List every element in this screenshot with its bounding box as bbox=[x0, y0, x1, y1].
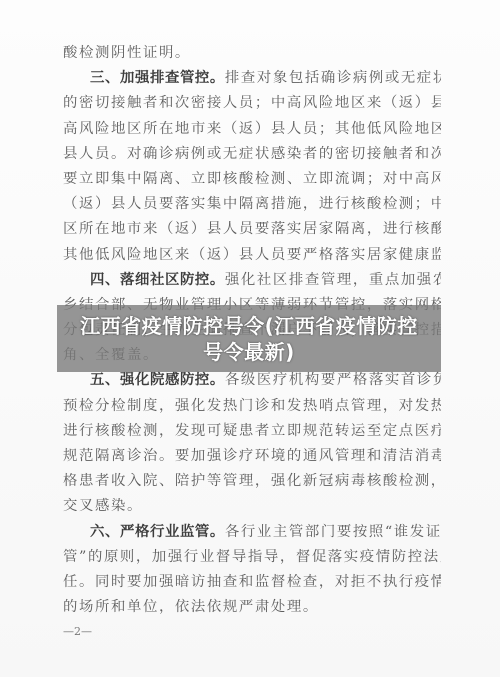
line-text: 酸检测阴性证明。 bbox=[63, 45, 191, 61]
line-text: （返）县人员要落实集中隔离措施，进行核酸检测；中高风险地 bbox=[63, 196, 441, 212]
line-text: 要立即集中隔离、立即核酸检测、立即流调；对中高风险地区来 bbox=[63, 171, 441, 187]
paragraph-line: 进行核酸检测，发现可疑患者立即规范转运至定点医疗机构筛查， bbox=[63, 419, 441, 444]
line-text: 交叉感染。 bbox=[63, 498, 143, 514]
paragraph-line: 任。同时要加强暗访抽查和监督检查，对拒不执行疫情防控规定 bbox=[63, 570, 441, 595]
line-text: 管”的原则，加强行业督导指导，督促落实疫情防控法人主体责 bbox=[63, 549, 441, 565]
line-text: 排查对象包括确诊病例或无症状感染者 bbox=[225, 70, 441, 86]
paragraph-line: 其他低风险地区来（返）县人员要严格落实居家健康监测。 bbox=[63, 243, 441, 268]
line-text: 区所在地市来（返）县人员要落实居家隔离，进行核酸检测；对 bbox=[63, 221, 441, 237]
paragraph-line: 规范隔离诊治。要加强诊疗环境的通风管理和清洁消毒处置，严 bbox=[63, 444, 441, 469]
paragraph-line: 要立即集中隔离、立即核酸检测、立即流调；对中高风险地区来 bbox=[63, 167, 441, 192]
section-heading: 六、严格行业监管。 bbox=[90, 524, 225, 540]
banner-title-line1: 江西省疫情防控号令(江西省疫情防控 bbox=[69, 313, 429, 339]
line-text: 各级医疗机构要严格落实首诊负责制和 bbox=[225, 372, 441, 388]
paragraph-line: 区所在地市来（返）县人员要落实居家隔离，进行核酸检测；对 bbox=[63, 217, 441, 242]
paragraph-line: 高风险地区所在地市来（返）县人员；其他低风险地区来（返） bbox=[63, 117, 441, 142]
paragraph-line: 管”的原则，加强行业督导指导，督促落实疫情防控法人主体责 bbox=[63, 545, 441, 570]
section-heading: 三、加强排查管控。 bbox=[90, 70, 225, 86]
line-text: 的场所和单位，依法依规严肃处理。 bbox=[63, 599, 319, 615]
section-heading: 四、落细社区防控。 bbox=[90, 272, 225, 288]
paragraph-line: 县人员。对确诊病例或无症状感染者的密切接触者和次密接人员， bbox=[63, 142, 441, 167]
paragraph-line: （返）县人员要落实集中隔离措施，进行核酸检测；中高风险地 bbox=[63, 192, 441, 217]
paragraph-line: 的场所和单位，依法依规严肃处理。 bbox=[63, 595, 441, 620]
line-text: 进行核酸检测，发现可疑患者立即规范转运至定点医疗机构筛查， bbox=[63, 423, 441, 439]
section-heading-line: 五、强化院感防控。各级医疗机构要严格落实首诊负责制和 bbox=[63, 368, 441, 393]
line-text: 县人员。对确诊病例或无症状感染者的密切接触者和次密接人员， bbox=[63, 146, 441, 162]
line-text: 格患者收入院、陪护等管理，强化新冠病毒核酸检测，坚决杜绝 bbox=[63, 473, 441, 489]
line-text: 其他低风险地区来（返）县人员要严格落实居家健康监测。 bbox=[63, 247, 441, 263]
title-banner: 江西省疫情防控号令(江西省疫情防控 号令最新) bbox=[57, 305, 441, 372]
page-number: —2— bbox=[63, 624, 441, 640]
banner-title-line2: 号令最新) bbox=[69, 339, 429, 365]
section-heading-line: 六、严格行业监管。各行业主管部门要按照“谁发证、谁监 bbox=[63, 520, 441, 545]
line-text: 任。同时要加强暗访抽查和监督检查，对拒不执行疫情防控规定 bbox=[63, 574, 441, 590]
line-text: 的密切接触者和次密接人员；中高风险地区来（返）县人员；中 bbox=[63, 95, 441, 111]
paragraph-line: 的密切接触者和次密接人员；中高风险地区来（返）县人员；中 bbox=[63, 91, 441, 116]
section-heading-line: 三、加强排查管控。排查对象包括确诊病例或无症状感染者 bbox=[63, 66, 441, 91]
line-text: 规范隔离诊治。要加强诊疗环境的通风管理和清洁消毒处置，严 bbox=[63, 448, 441, 464]
paragraph-line: 预检分检制度，强化发热门诊和发热哨点管理，对发热患者全部 bbox=[63, 394, 441, 419]
line-text: 强化社区排查管理，重点加强农村、城 bbox=[225, 272, 441, 288]
paragraph-line: 格患者收入院、陪护等管理，强化新冠病毒核酸检测，坚决杜绝 bbox=[63, 469, 441, 494]
paragraph-line: 酸检测阴性证明。 bbox=[63, 41, 441, 66]
line-text: 高风险地区所在地市来（返）县人员；其他低风险地区来（返） bbox=[63, 121, 441, 137]
paragraph-line: 交叉感染。 bbox=[63, 494, 441, 519]
section-heading-line: 四、落细社区防控。强化社区排查管理，重点加强农村、城 bbox=[63, 268, 441, 293]
section-heading: 五、强化院感防控。 bbox=[90, 372, 225, 388]
line-text: 预检分检制度，强化发热门诊和发热哨点管理，对发热患者全部 bbox=[63, 398, 441, 414]
line-text: 各行业主管部门要按照“谁发证、谁监 bbox=[225, 524, 441, 540]
